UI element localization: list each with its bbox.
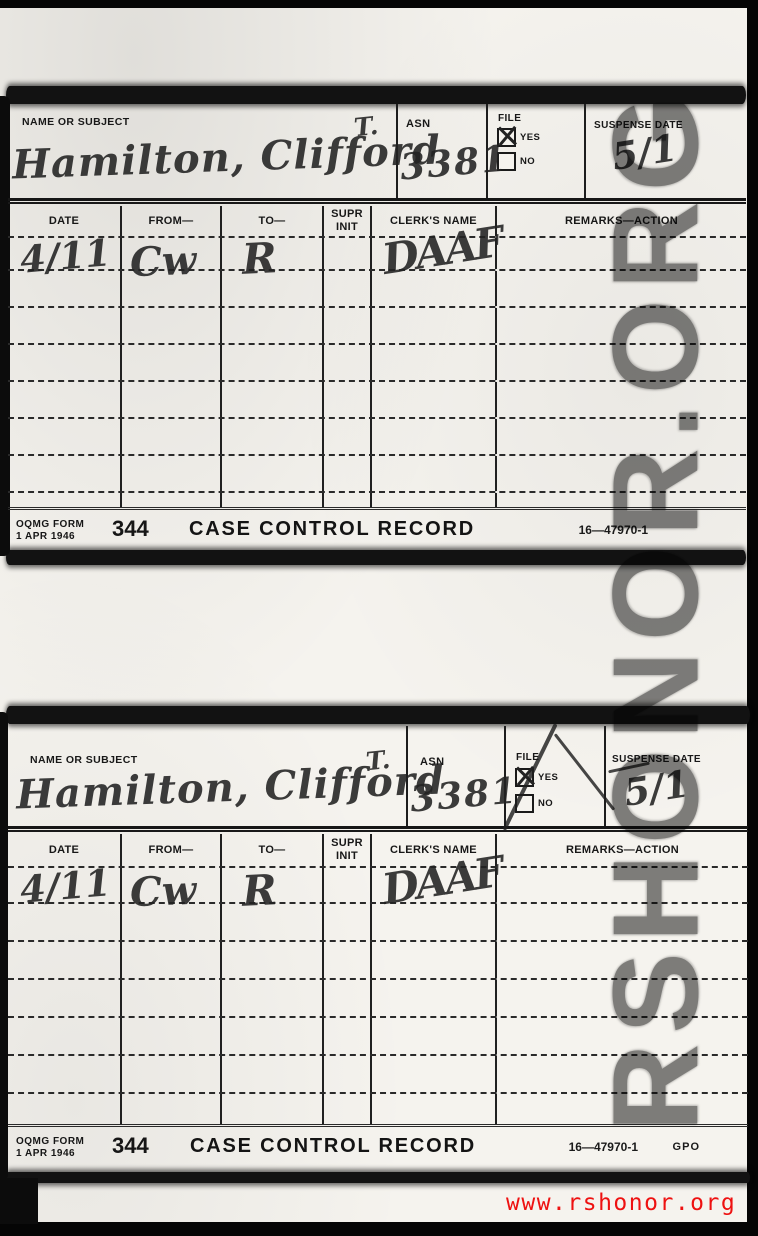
table-row xyxy=(8,942,748,980)
table-row xyxy=(8,1094,748,1127)
form-title: CASE CONTROL RECORD xyxy=(8,518,656,541)
table-row xyxy=(8,238,746,271)
table-header-row: DATE FROM— TO— SUPRINIT CLERK'S NAME REM… xyxy=(8,834,748,868)
col-header-from: FROM— xyxy=(120,834,220,866)
file-label: FILE xyxy=(498,113,521,124)
name-or-subject-label: NAME OR SUBJECT xyxy=(22,116,130,128)
torn-edge-top-form2 xyxy=(6,706,750,724)
entry-from-handwriting: Cw xyxy=(129,237,197,286)
file-no-label: NO xyxy=(520,156,535,167)
table-row xyxy=(8,1018,748,1056)
entry-date-handwriting: 4/11 xyxy=(18,230,112,282)
torn-edge-top-form1 xyxy=(6,86,746,104)
table-row xyxy=(8,308,746,345)
table-row xyxy=(8,419,746,456)
form-footer: OQMG FORM 1 APR 1946 344 CASE CONTROL RE… xyxy=(8,510,746,552)
torn-edge-bottom-form1 xyxy=(6,550,746,565)
col-header-to: TO— xyxy=(220,206,322,236)
entry-from-handwriting: Cw xyxy=(129,867,197,916)
table-row xyxy=(8,980,748,1018)
suspense-divider-line xyxy=(604,726,606,828)
print-code: 16—47970-1 xyxy=(569,1140,638,1154)
table-row xyxy=(8,904,748,942)
col-header-to: TO— xyxy=(220,834,322,866)
col-header-from: FROM— xyxy=(120,206,220,236)
middle-initial-handwriting: T. xyxy=(365,745,392,776)
pencil-scribble xyxy=(554,733,615,810)
name-rule-double-line xyxy=(8,826,748,832)
table-row xyxy=(8,456,746,493)
file-no-label: NO xyxy=(538,798,553,809)
table-row xyxy=(8,345,746,382)
scanned-page: NAME OR SUBJECT ASN FILE YES NO SUSPENSE… xyxy=(0,0,758,1236)
routing-table: DATE FROM— TO— SUPRINIT CLERK'S NAME REM… xyxy=(8,834,748,1127)
table-row xyxy=(8,382,746,419)
site-url: www.rshonor.org xyxy=(506,1190,736,1216)
suspense-divider-line xyxy=(584,104,586,200)
name-or-subject-label: NAME OR SUBJECT xyxy=(30,754,138,766)
table-row xyxy=(8,493,746,510)
table-row xyxy=(8,1056,748,1094)
table-row xyxy=(8,271,746,308)
col-header-supr-init: SUPRINIT xyxy=(322,834,370,866)
form-footer: OQMG FORM 1 APR 1946 344 CASE CONTROL RE… xyxy=(8,1127,748,1176)
case-control-form-top: NAME OR SUBJECT ASN FILE YES NO SUSPENSE… xyxy=(8,104,746,552)
name-rule-double-line xyxy=(8,198,746,204)
case-control-form-bottom: NAME OR SUBJECT ASN FILE YES NO SUSPENSE… xyxy=(8,726,748,1176)
entry-to-handwriting: R xyxy=(241,865,278,916)
gpo-label: GPO xyxy=(673,1141,700,1153)
col-header-remarks-action: REMARKS—ACTION xyxy=(495,206,746,236)
entry-date-handwriting: 4/11 xyxy=(18,860,112,912)
file-yes-label: YES xyxy=(538,772,558,783)
suspense-date-label: SUSPENSE DATE xyxy=(612,754,701,765)
file-yes-label: YES xyxy=(520,132,540,143)
middle-initial-handwriting: T. xyxy=(353,111,380,142)
form-title: CASE CONTROL RECORD xyxy=(8,1135,658,1158)
black-corner-bottom-left xyxy=(0,1178,38,1224)
entry-to-handwriting: R xyxy=(241,233,278,284)
col-header-remarks-action: REMARKS—ACTION xyxy=(495,834,748,866)
torn-edge-left-form2 xyxy=(0,712,8,1180)
table-header-row: DATE FROM— TO— SUPRINIT CLERK'S NAME REM… xyxy=(8,206,746,238)
routing-table: DATE FROM— TO— SUPRINIT CLERK'S NAME REM… xyxy=(8,206,746,510)
col-header-supr-init: SUPRINIT xyxy=(322,206,370,236)
table-row xyxy=(8,868,748,904)
print-code: 16—47970-1 xyxy=(579,523,648,537)
